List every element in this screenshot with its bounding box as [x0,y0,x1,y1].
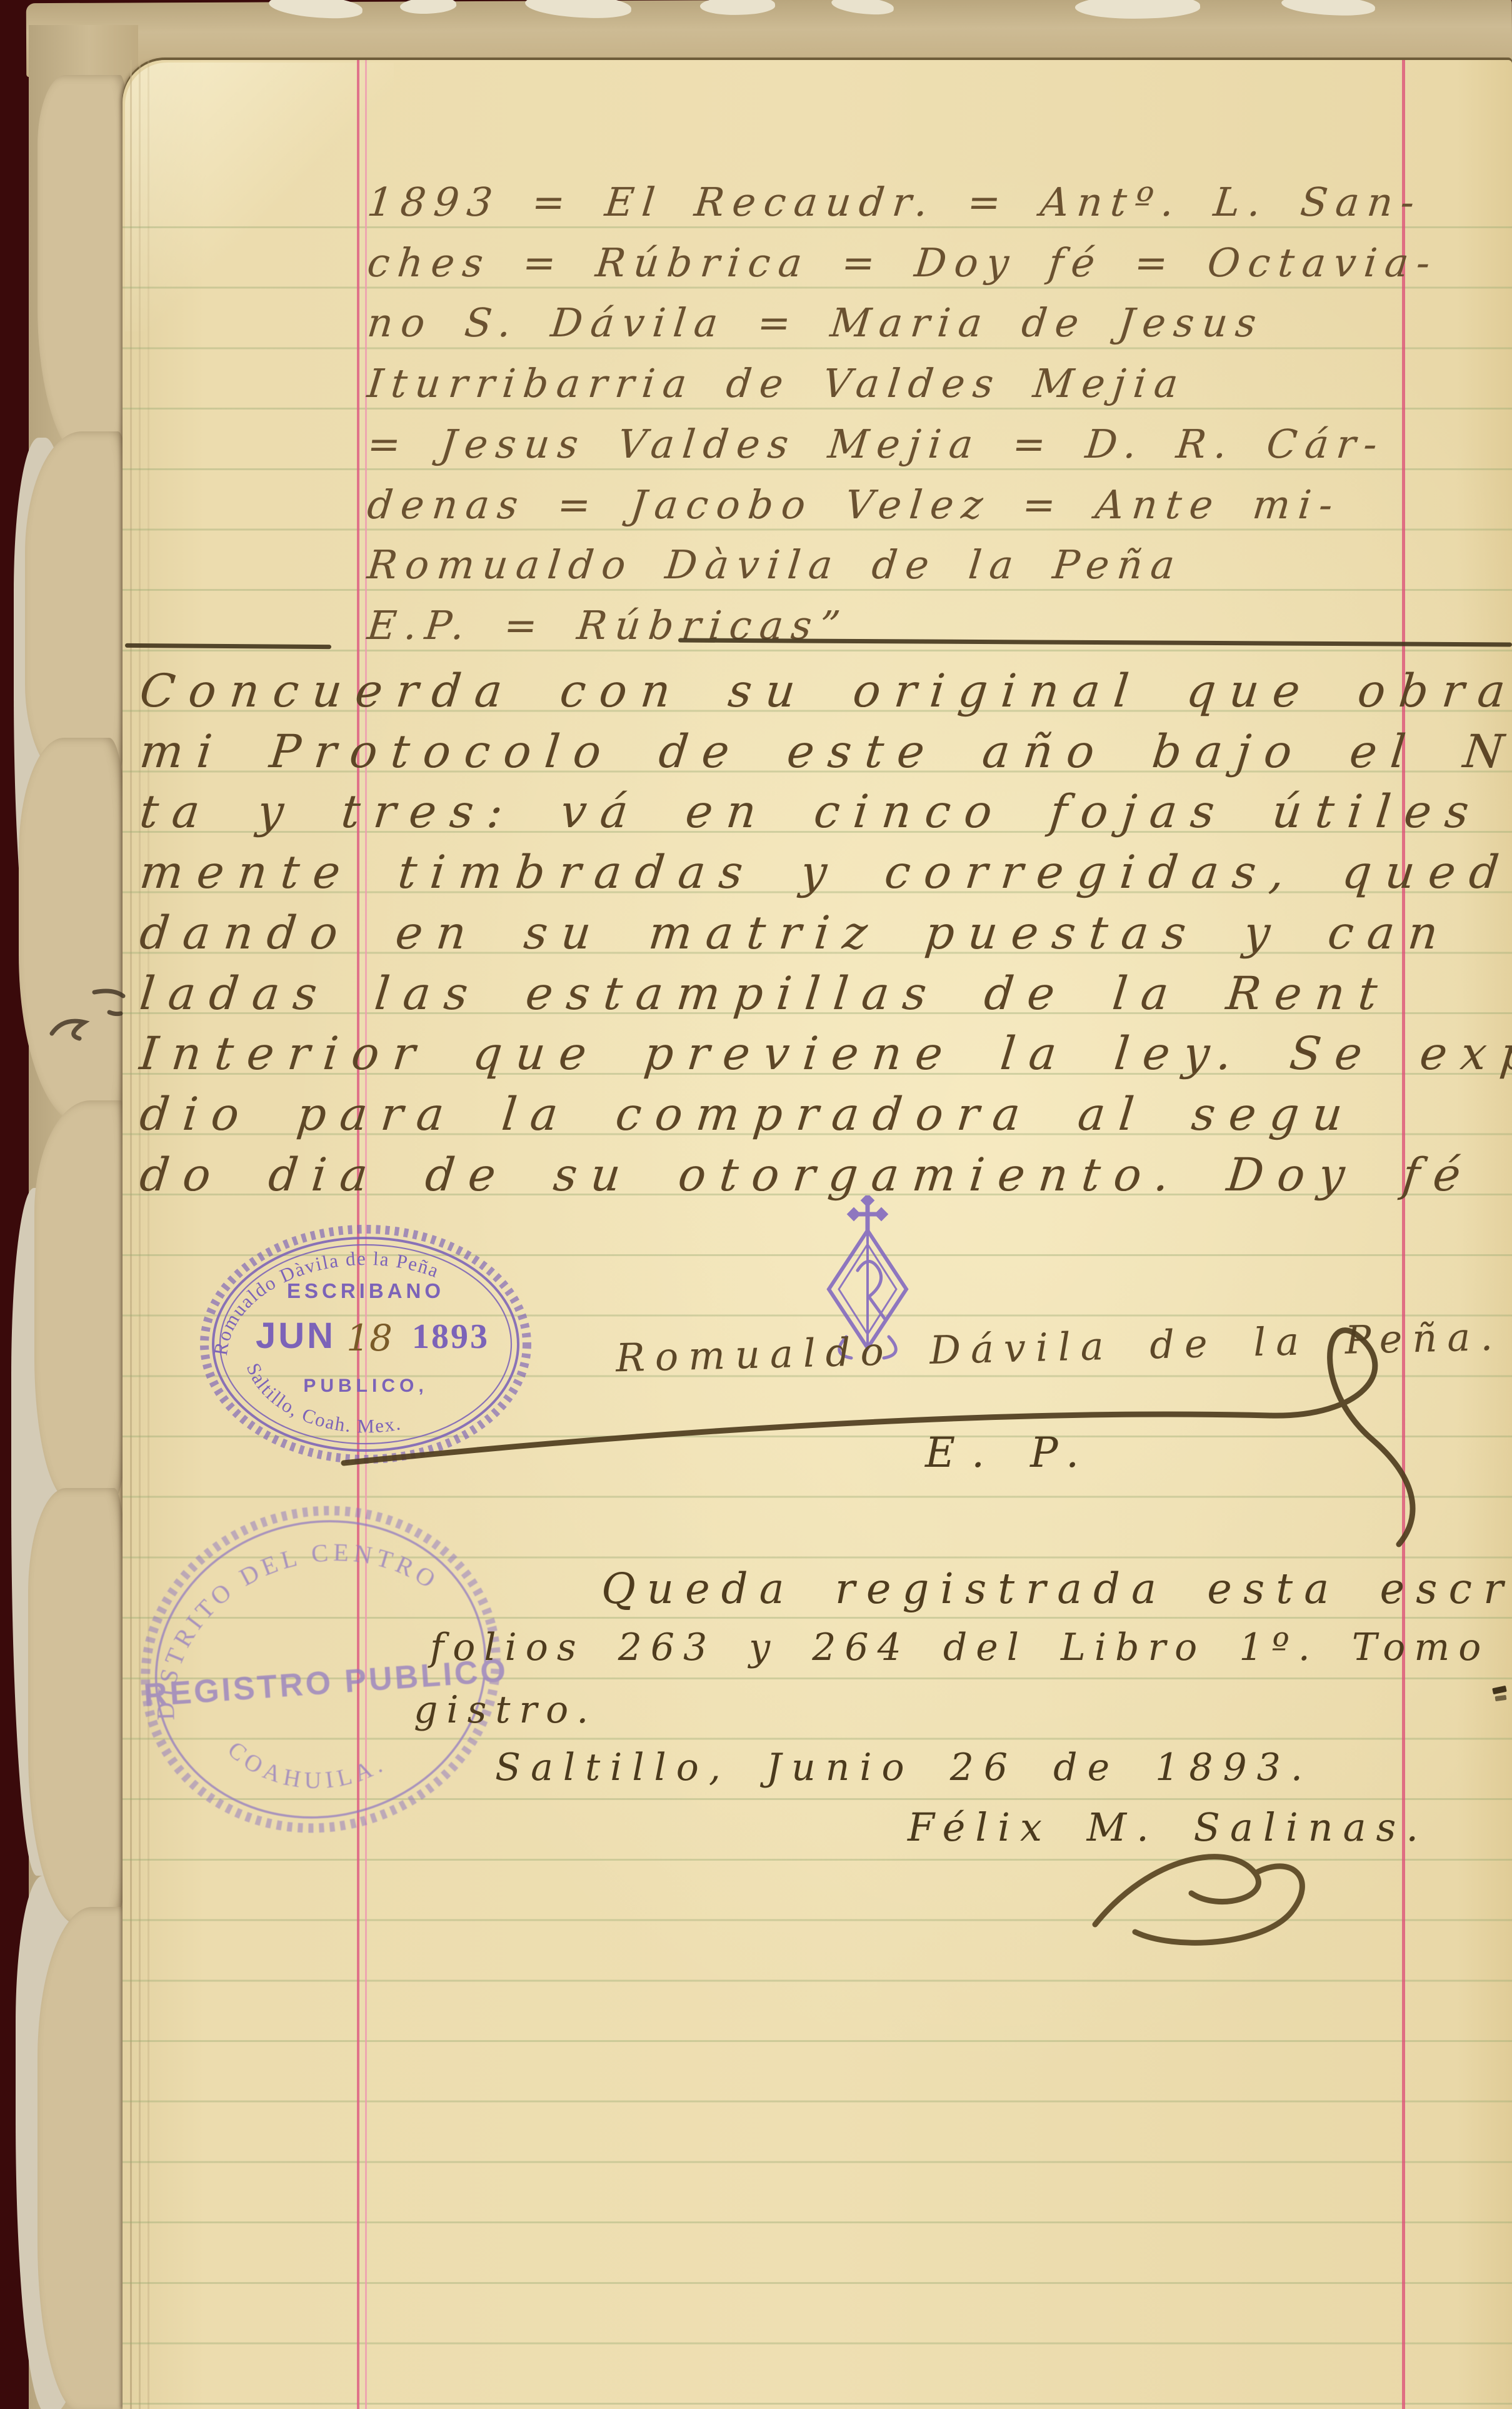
manuscript-line: no S. Dávila = Maria de Jesus [364,293,1441,354]
manuscript-line: dio para la compradora al segu [137,1085,1512,1145]
stamp-arc-bottom-text: COAHUILA. [219,1703,393,1818]
manuscript-line: ladas las estampillas de la Rent [137,964,1512,1025]
torn-flap [19,738,126,1125]
manuscript-line: mi Protocolo de este año bajo el Numº s [137,722,1512,783]
registration-line-1: Queda registrada esta escritura s [601,1564,1512,1613]
certification-paragraph: Concuerda con su original que obra s mi … [140,661,1512,1205]
registration-line-3: gistro. [414,1688,597,1732]
manuscript-line: ches = Rúbrica = Doy fé = Octavia- [364,233,1441,294]
manuscript-line: denas = Jacobo Velez = Ante mi- [364,475,1441,536]
scanned-notarial-document: { "document": { "kind": "Handwritten not… [0,0,1512,2409]
registration-line-2: folios 263 y 264 del Libro 1º. Tomo 6º. … [430,1626,1512,1669]
manuscript-line: Iturribarria de Valdes Mejia [364,354,1441,415]
closing-formula-block: 1893 = El Recaudr. = Antº. L. San- ches … [368,173,1438,656]
manuscript-line: ta y tres: vá en cinco fojas útiles debi [137,782,1512,843]
manuscript-line: dando en su matriz puestas y can [137,903,1512,964]
manuscript-line: 1893 = El Recaudr. = Antº. L. San- [364,173,1441,233]
manuscript-line: = Jesus Valdes Mejia = D. R. Cár- [364,415,1441,475]
torn-flap [28,1488,128,1926]
notary-initials: E. P. [925,1429,1095,1477]
manuscript-line: mente timbradas y corregidas, qued [137,843,1512,903]
registrar-rubric [1063,1819,1338,1957]
manuscript-line: Interior que previene la ley. Se exp [137,1024,1512,1085]
torn-flap [25,431,128,782]
manuscript-line: E.P. = Rúbricas” [364,596,1441,656]
torn-flap [34,1100,128,1501]
manuscript-line: Concuerda con su original que obra s [137,661,1512,722]
torn-flap [38,75,131,463]
registration-dateline: Saltillo, Junio 26 de 1893. [495,1746,1313,1789]
manuscript-line: Romualdo Dàvila de la Peña [364,535,1441,596]
signature-flourish [281,1275,1481,1569]
torn-stub-ink-marks [34,966,141,1060]
